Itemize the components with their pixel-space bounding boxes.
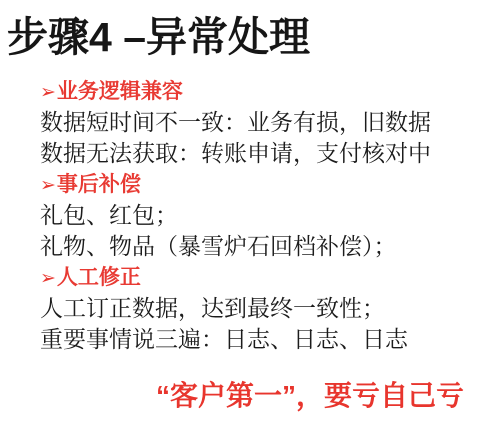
section-heading: ➢业务逻辑兼容 [40, 76, 470, 107]
section-heading-label: 人工修正 [57, 266, 141, 289]
slide-body: ➢业务逻辑兼容 数据短时间不一致：业务有损，旧数据 数据无法获取：转账申请，支付… [40, 76, 470, 355]
body-text-line: 礼包、红包； [40, 200, 470, 231]
section-heading: ➢人工修正 [40, 262, 470, 293]
section-heading-label: 业务逻辑兼容 [57, 80, 183, 103]
section-heading: ➢事后补偿 [40, 169, 470, 200]
slide: 步骤4 –异常处理 ➢业务逻辑兼容 数据短时间不一致：业务有损，旧数据 数据无法… [0, 0, 482, 424]
arrow-bullet-icon: ➢ [40, 82, 56, 103]
slide-title: 步骤4 –异常处理 [7, 4, 310, 63]
body-text-line: 数据短时间不一致：业务有损，旧数据 [40, 107, 470, 138]
section-heading-label: 事后补偿 [57, 173, 141, 196]
body-text-line: 人工订正数据，达到最终一致性； [40, 293, 470, 324]
arrow-bullet-icon: ➢ [40, 268, 56, 289]
footer-quote: “客户第一”，要亏自己亏 [156, 374, 464, 414]
body-text-line: 礼物、物品（暴雪炉石回档补偿）； [40, 231, 470, 262]
body-text-line: 重要事情说三遍：日志、日志、日志 [40, 324, 470, 355]
arrow-bullet-icon: ➢ [40, 175, 56, 196]
body-text-line: 数据无法获取：转账申请，支付核对中 [40, 138, 470, 169]
